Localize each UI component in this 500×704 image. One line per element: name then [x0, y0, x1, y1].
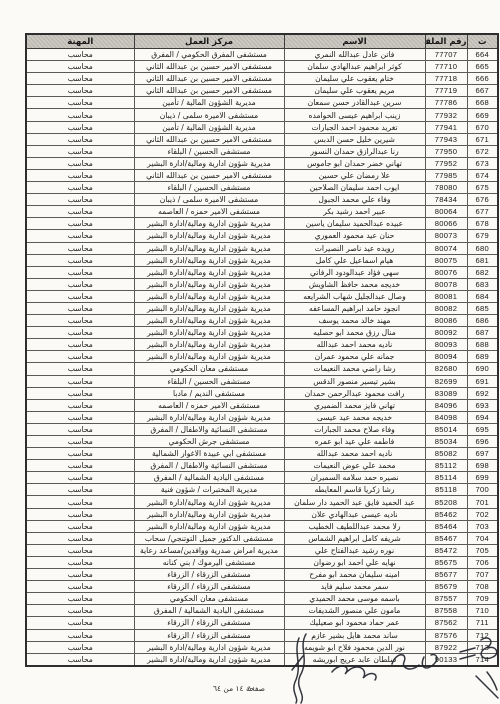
cell-work-center: مستشفى الزرقاء / الزرقاء — [134, 629, 284, 641]
cell-profession: محاسب — [26, 508, 134, 520]
cell-work-center: مستشفى النسائية والاطفال / المفرق — [134, 460, 284, 472]
cell-profession: محاسب — [26, 97, 134, 109]
table-row: 70485467شريفه كامل ابراهيم الشماسمستشفى … — [26, 532, 498, 544]
table-row: 68880093ناديه محمد احمد عبداللهمديرية شؤ… — [26, 339, 498, 351]
cell-seq: 665 — [467, 61, 498, 73]
cell-seq: 683 — [467, 278, 498, 290]
table-row: 69384096تهاني فايز محمد الضميريمستشفى ال… — [26, 399, 498, 411]
cell-name: رلا محمد عبداللطيف الخطيب — [284, 520, 425, 532]
table-row: 68080074رويده عيد ناصر النصيراتمديرية شؤ… — [26, 242, 498, 254]
table-row: 71087558مامون علي منصور الشديفاتمستشفى ا… — [26, 605, 498, 617]
cell-name: سمر محمد سليم فايد — [284, 581, 425, 593]
cell-name: عمر حماد محمود ابو صعيليك — [284, 617, 425, 629]
cell-file-number: 77932 — [425, 109, 467, 121]
cell-profession: محاسب — [26, 278, 134, 290]
cell-name: وفاء علي محمد الجبول — [284, 194, 425, 206]
cell-seq: 707 — [467, 569, 498, 581]
cell-seq: 672 — [467, 145, 498, 157]
cell-file-number: 87558 — [425, 605, 467, 617]
cell-seq: 701 — [467, 496, 498, 508]
cell-file-number: 80078 — [425, 278, 467, 290]
cell-name: ناديه احمد محمد عبدالله — [284, 448, 425, 460]
cell-work-center: مديرية شؤون ادارية ومالية/ادارة البشير — [134, 653, 284, 666]
cell-name: مريم يعقوب علي سليمان — [284, 85, 425, 97]
cell-seq: 687 — [467, 327, 498, 339]
cell-profession: محاسب — [26, 581, 134, 593]
cell-seq: 692 — [467, 387, 498, 399]
cell-work-center: مديرية امراض صدرية ووافدين/مساعد رعاية — [134, 544, 284, 556]
cell-file-number: 85467 — [425, 532, 467, 544]
cell-name: وصال عبدالجليل شهاب الشرايعه — [284, 290, 425, 302]
cell-file-number: 82680 — [425, 363, 467, 375]
cell-name: باسمه موسى محمد الحميدي — [284, 593, 425, 605]
cell-work-center: مديرية المختبرات / شؤون فنية — [134, 484, 284, 496]
cell-file-number: 77943 — [425, 133, 467, 145]
cell-seq: 698 — [467, 460, 498, 472]
cell-name: رشا زكريا قاسم المعايطه — [284, 484, 425, 496]
cell-profession: محاسب — [26, 266, 134, 278]
cell-file-number: 85082 — [425, 448, 467, 460]
cell-name: فاتن عادل عبدالله النمري — [284, 49, 425, 61]
cell-file-number: 78080 — [425, 182, 467, 194]
cell-work-center: مستشفى الدكتور جميل التوتنجي/ سحاب — [134, 532, 284, 544]
cell-name: ختام يعقوب علي سليمان — [284, 73, 425, 85]
cell-profession: محاسب — [26, 375, 134, 387]
cell-name: سرين عبدالقادر حسن سمعان — [284, 97, 425, 109]
header-name: الاسم — [284, 34, 425, 49]
cell-profession: محاسب — [26, 206, 134, 218]
cell-seq: 695 — [467, 423, 498, 435]
cell-name: ناديه عيسى عبدالهادي علان — [284, 508, 425, 520]
cell-file-number: 87557 — [425, 593, 467, 605]
cell-seq: 688 — [467, 339, 498, 351]
cell-file-number: 80093 — [425, 339, 467, 351]
cell-name: نهايه علي احمد ابو رضوان — [284, 556, 425, 568]
cell-seq: 710 — [467, 605, 498, 617]
staff-roster-table: ترقم الملفالاسممركز العملالمهنة 66477707… — [25, 33, 499, 667]
table-row: 66977932زينب ابراهيم عيسى الحوامدهمستشفى… — [26, 109, 498, 121]
cell-file-number: 84096 — [425, 399, 467, 411]
cell-work-center: مستشفى الامير حسين بن عبدالله الثاني — [134, 61, 284, 73]
cell-seq: 680 — [467, 242, 498, 254]
cell-name: نصيره حمد سلامه السميران — [284, 472, 425, 484]
cell-work-center: مستشفى جرش الحكومي — [134, 436, 284, 448]
cell-file-number: 85114 — [425, 472, 467, 484]
cell-work-center: مستشفى الامير حسين بن عبدالله الثاني — [134, 133, 284, 145]
cell-profession: محاسب — [26, 556, 134, 568]
cell-profession: محاسب — [26, 399, 134, 411]
cell-name: رشا راضي محمد النعيمات — [284, 363, 425, 375]
cell-profession: محاسب — [26, 242, 134, 254]
table-header-row: ترقم الملفالاسممركز العملالمهنة — [26, 34, 498, 49]
cell-seq: 705 — [467, 544, 498, 556]
cell-work-center: مستشفى اليرموك / بني كنانه — [134, 556, 284, 568]
cell-work-center: مديرية شؤون ادارية ومالية/ادارة البشير — [134, 278, 284, 290]
header-profession: المهنة — [26, 34, 134, 49]
cell-work-center: مديرية شؤون ادارية ومالية/ادارة البشير — [134, 218, 284, 230]
cell-name: عبير احمد رشيد بكر — [284, 206, 425, 218]
cell-profession: محاسب — [26, 109, 134, 121]
table-row: 67980073حنان عيد محمود العموريمديرية شؤو… — [26, 230, 498, 242]
cell-work-center: مديرية شؤون ادارية ومالية/ادارة البشير — [134, 315, 284, 327]
table-row: 67377952تهاني خضر حمدان ابو جاموسمديرية … — [26, 157, 498, 169]
cell-seq: 700 — [467, 484, 498, 496]
cell-work-center: مستشفى الزرقاء / الزرقاء — [134, 569, 284, 581]
table-row: 70085118رشا زكريا قاسم المعايطهمديرية ال… — [26, 484, 498, 496]
cell-seq: 686 — [467, 315, 498, 327]
cell-seq: 682 — [467, 266, 498, 278]
cell-file-number: 85118 — [425, 484, 467, 496]
cell-name: خديجه محمد حافظ الشاويش — [284, 278, 425, 290]
cell-file-number: 77985 — [425, 169, 467, 181]
table-row: 67477985علا رمضان علي حسينمستشفى الامير … — [26, 169, 498, 181]
cell-seq: 681 — [467, 254, 498, 266]
cell-profession: محاسب — [26, 569, 134, 581]
table-row: 67177943شيرين خليل حسن الدبسمستشفى الامي… — [26, 133, 498, 145]
cell-seq: 675 — [467, 182, 498, 194]
cell-file-number: 85472 — [425, 544, 467, 556]
table-row: 70885679سمر محمد سليم فايدمستشفى الزرقاء… — [26, 581, 498, 593]
table-row: 70385464رلا محمد عبداللطيف الخطيبمديرية … — [26, 520, 498, 532]
cell-seq: 689 — [467, 351, 498, 363]
cell-work-center: مديرية شؤون ادارية ومالية/ادارة البشير — [134, 411, 284, 423]
table-row: 67678434وفاء علي محمد الجبولمستشفى الامي… — [26, 194, 498, 206]
table-row: 68580082انجود حامد ابراهيم المساعفهمديري… — [26, 302, 498, 314]
cell-work-center: مستشفى الزرقاء / الزرقاء — [134, 581, 284, 593]
cell-work-center: مستشفى الحسين / البلقاء — [134, 375, 284, 387]
table-row: 69985114نصيره حمد سلامه السميرانمستشفى ا… — [26, 472, 498, 484]
table-row: 68180075هيام اسماعيل علي كاملمديرية شؤون… — [26, 254, 498, 266]
cell-name: انجود حامد ابراهيم المساعفه — [284, 302, 425, 314]
cell-profession: محاسب — [26, 121, 134, 133]
cell-file-number: 80064 — [425, 206, 467, 218]
cell-name: علا رمضان علي حسين — [284, 169, 425, 181]
cell-file-number: 77786 — [425, 97, 467, 109]
table-row: 68280076سهى فؤاد عبدالودود الرفاتيمديرية… — [26, 266, 498, 278]
cell-profession: محاسب — [26, 157, 134, 169]
cell-seq: 679 — [467, 230, 498, 242]
cell-name: حنان عيد محمود العموري — [284, 230, 425, 242]
cell-profession: محاسب — [26, 85, 134, 97]
cell-name: هيام اسماعيل علي كامل — [284, 254, 425, 266]
cell-name: مامون علي منصور الشديفات — [284, 605, 425, 617]
cell-work-center: مستشفى البادية الشمالية / المفرق — [134, 605, 284, 617]
cell-file-number: 85034 — [425, 436, 467, 448]
cell-profession: محاسب — [26, 436, 134, 448]
cell-work-center: مديرية شؤون ادارية ومالية/ادارة البشير — [134, 254, 284, 266]
cell-file-number: 80076 — [425, 266, 467, 278]
table-row: 70585472نوره رشيد عبدالفتاح عليمديرية ام… — [26, 544, 498, 556]
table-row: 66477707فاتن عادل عبدالله النمريمستشفى ا… — [26, 49, 498, 61]
cell-name: عبد الحميد فايق عبد الحميد دار سلمان — [284, 496, 425, 508]
cell-work-center: مستشفى الامير حمزه / العاصمه — [134, 399, 284, 411]
cell-seq: 664 — [467, 49, 498, 61]
cell-seq: 676 — [467, 194, 498, 206]
cell-work-center: مديرية شؤون ادارية ومالية/ادارة البشير — [134, 641, 284, 653]
cell-profession: محاسب — [26, 315, 134, 327]
cell-file-number: 85677 — [425, 569, 467, 581]
cell-seq: 697 — [467, 448, 498, 460]
cell-name: امينه سليمان محمد ابو مفرح — [284, 569, 425, 581]
cell-name: منال رزق محمد ابو حصليه — [284, 327, 425, 339]
cell-work-center: مستشفى الزرقاء / الزرقاء — [134, 617, 284, 629]
cell-profession: محاسب — [26, 254, 134, 266]
cell-seq: 674 — [467, 169, 498, 181]
cell-seq: 702 — [467, 508, 498, 520]
cell-profession: محاسب — [26, 448, 134, 460]
cell-profession: محاسب — [26, 593, 134, 605]
cell-work-center: مديرية شؤون ادارية ومالية/ادارة البشير — [134, 290, 284, 302]
cell-work-center: مستشفى النديم / مادبا — [134, 387, 284, 399]
table-row: 70285462ناديه عيسى عبدالهادي علانمديرية … — [26, 508, 498, 520]
cell-work-center: مستشفى البادية الشمالية / المفرق — [134, 472, 284, 484]
cell-work-center: مديرية الشؤون المالية / تأمين — [134, 121, 284, 133]
cell-file-number: 80092 — [425, 327, 467, 339]
table-row: 67780064عبير احمد رشيد بكرمستشفى الامير … — [26, 206, 498, 218]
table-row: 69785082ناديه احمد محمد عبداللهمستشفى اب… — [26, 448, 498, 460]
cell-file-number: 84098 — [425, 411, 467, 423]
cell-name: فاطمه علي عيد ابو عمره — [284, 436, 425, 448]
table-row: 69685034فاطمه علي عيد ابو عمرهمستشفى جرش… — [26, 436, 498, 448]
cell-seq: 693 — [467, 399, 498, 411]
cell-name: ايوب احمد سليمان الصلاحين — [284, 182, 425, 194]
cell-file-number: 77950 — [425, 145, 467, 157]
cell-profession: محاسب — [26, 49, 134, 61]
cell-profession: محاسب — [26, 653, 134, 666]
cell-file-number: 80086 — [425, 315, 467, 327]
table-row: 69283089رافت محمود عبدالرحمن حمدانمستشفى… — [26, 387, 498, 399]
table-row: 68480081وصال عبدالجليل شهاب الشرايعهمدير… — [26, 290, 498, 302]
cell-work-center: مستشفى الاميرة سلمى / ذيبان — [134, 109, 284, 121]
cell-name: نوره رشيد عبدالفتاح علي — [284, 544, 425, 556]
cell-work-center: مديرية شؤون ادارية ومالية/ادارة البشير — [134, 508, 284, 520]
cell-profession: محاسب — [26, 617, 134, 629]
header-seq: ت — [467, 34, 498, 49]
cell-profession: محاسب — [26, 145, 134, 157]
cell-profession: محاسب — [26, 532, 134, 544]
cell-seq: 690 — [467, 363, 498, 375]
cell-profession: محاسب — [26, 339, 134, 351]
cell-seq: 711 — [467, 617, 498, 629]
cell-work-center: مستشفى الامير حمزه / العاصمه — [134, 206, 284, 218]
cell-seq: 668 — [467, 97, 498, 109]
cell-name: ناديه محمد احمد عبدالله — [284, 339, 425, 351]
cell-file-number: 87562 — [425, 617, 467, 629]
cell-profession: محاسب — [26, 605, 134, 617]
cell-name: وفاء صلاح محمد الجبارات — [284, 423, 425, 435]
table-row: 70785677امينه سليمان محمد ابو مفرحمستشفى… — [26, 569, 498, 581]
table-row: 66877786سرين عبدالقادر حسن سمعانمديرية ا… — [26, 97, 498, 109]
cell-file-number: 85208 — [425, 496, 467, 508]
cell-work-center: مديرية شؤون ادارية ومالية/ادارة البشير — [134, 351, 284, 363]
table-row: 69082680رشا راضي محمد النعيماتمستشفى معا… — [26, 363, 498, 375]
cell-seq: 677 — [467, 206, 498, 218]
cell-profession: محاسب — [26, 423, 134, 435]
cell-seq: 685 — [467, 302, 498, 314]
table-row: 68980094جمانه علي محمود عمرانمديرية شؤون… — [26, 351, 498, 363]
cell-seq: 666 — [467, 73, 498, 85]
cell-name: خديجه محمد عيد عيسى — [284, 411, 425, 423]
table-row: 69484098خديجه محمد عيد عيسىمديرية شؤون ا… — [26, 411, 498, 423]
header-work-center: مركز العمل — [134, 34, 284, 49]
cell-profession: محاسب — [26, 133, 134, 145]
table-row: 69182699بشير تيسير منصور الدقسمستشفى الح… — [26, 375, 498, 387]
cell-work-center: مديرية الشؤون المالية / تأمين — [134, 97, 284, 109]
cell-profession: محاسب — [26, 387, 134, 399]
table-row: 70685675نهايه علي احمد ابو رضوانمستشفى ا… — [26, 556, 498, 568]
cell-profession: محاسب — [26, 629, 134, 641]
cell-seq: 673 — [467, 157, 498, 169]
table-row: 67578080ايوب احمد سليمان الصلاحينمستشفى … — [26, 182, 498, 194]
cell-name: شريفه كامل ابراهيم الشماس — [284, 532, 425, 544]
cell-work-center: مستشفى الحسين / البلقاء — [134, 145, 284, 157]
cell-name: رنا عبدالرازق حمدان النسور — [284, 145, 425, 157]
table-row: 68780092منال رزق محمد ابو حصليهمديرية شؤ… — [26, 327, 498, 339]
table-row: 70185208عبد الحميد فايق عبد الحميد دار س… — [26, 496, 498, 508]
cell-name: تهاني خضر حمدان ابو جاموس — [284, 157, 425, 169]
cell-profession: محاسب — [26, 302, 134, 314]
table-row: 66777719مريم يعقوب علي سليمانمستشفى الام… — [26, 85, 498, 97]
cell-profession: محاسب — [26, 544, 134, 556]
cell-work-center: مستشفى الامير حسين بن عبدالله الثاني — [134, 73, 284, 85]
cell-work-center: مستشفى معان الحكومي — [134, 593, 284, 605]
cell-name: زينب ابراهيم عيسى الحوامده — [284, 109, 425, 121]
table-row: 68680086مهند خالد محمد يوسفمديرية شؤون ا… — [26, 315, 498, 327]
cell-work-center: مستشفى النسائية والاطفال / المفرق — [134, 423, 284, 435]
cell-work-center: مستشفى المفرق الحكومي / المفرق — [134, 49, 284, 61]
cell-file-number: 77710 — [425, 61, 467, 73]
cell-profession: محاسب — [26, 641, 134, 653]
cell-file-number: 80081 — [425, 290, 467, 302]
table-row: 67277950رنا عبدالرازق حمدان النسورمستشفى… — [26, 145, 498, 157]
cell-profession: محاسب — [26, 290, 134, 302]
cell-file-number: 77941 — [425, 121, 467, 133]
cell-name: رافت محمود عبدالرحمن حمدان — [284, 387, 425, 399]
cell-seq: 678 — [467, 218, 498, 230]
table-row: 69585014وفاء صلاح محمد الجباراتمستشفى ال… — [26, 423, 498, 435]
cell-file-number: 80073 — [425, 230, 467, 242]
table-row: 68380078خديجه محمد حافظ الشاويشمديرية شؤ… — [26, 278, 498, 290]
cell-profession: محاسب — [26, 351, 134, 363]
cell-profession: محاسب — [26, 520, 134, 532]
cell-name: محمد علي عوض النعيمات — [284, 460, 425, 472]
cell-seq: 694 — [467, 411, 498, 423]
cell-work-center: مديرية شؤون ادارية ومالية/ادارة البشير — [134, 496, 284, 508]
cell-file-number: 80075 — [425, 254, 467, 266]
table-row: 66677718ختام يعقوب علي سليمانمستشفى الام… — [26, 73, 498, 85]
cell-profession: محاسب — [26, 230, 134, 242]
cell-file-number: 80082 — [425, 302, 467, 314]
table-row: 67880066عبيده عبدالحميد سليمان ياسينمدير… — [26, 218, 498, 230]
cell-work-center: مستشفى معان الحكومي — [134, 363, 284, 375]
cell-work-center: مديرية شؤون ادارية ومالية/ادارة البشير — [134, 242, 284, 254]
cell-file-number: 77719 — [425, 85, 467, 97]
cell-seq: 699 — [467, 472, 498, 484]
cell-profession: محاسب — [26, 460, 134, 472]
cell-profession: محاسب — [26, 169, 134, 181]
cell-seq: 669 — [467, 109, 498, 121]
signature-ink — [268, 632, 500, 704]
cell-seq: 704 — [467, 532, 498, 544]
cell-seq: 706 — [467, 556, 498, 568]
cell-work-center: مديرية شؤون ادارية ومالية/ادارة البشير — [134, 327, 284, 339]
table-row: 71187562عمر حماد محمود ابو صعيليكمستشفى … — [26, 617, 498, 629]
cell-file-number: 85112 — [425, 460, 467, 472]
cell-seq: 691 — [467, 375, 498, 387]
cell-file-number: 83089 — [425, 387, 467, 399]
cell-profession: محاسب — [26, 363, 134, 375]
cell-name: تغريد محمود احمد الجبارات — [284, 121, 425, 133]
cell-file-number: 85464 — [425, 520, 467, 532]
cell-file-number: 80066 — [425, 218, 467, 230]
cell-seq: 703 — [467, 520, 498, 532]
table-row: 69885112محمد علي عوض النعيماتمستشفى النس… — [26, 460, 498, 472]
cell-seq: 671 — [467, 133, 498, 145]
cell-work-center: مديرية شؤون ادارية ومالية/ادارة البشير — [134, 520, 284, 532]
cell-file-number: 78434 — [425, 194, 467, 206]
cell-work-center: مستشفى الحسين / البلقاء — [134, 182, 284, 194]
cell-file-number: 77707 — [425, 49, 467, 61]
cell-profession: محاسب — [26, 496, 134, 508]
cell-profession: محاسب — [26, 327, 134, 339]
cell-profession: محاسب — [26, 472, 134, 484]
cell-seq: 708 — [467, 581, 498, 593]
cell-seq: 670 — [467, 121, 498, 133]
cell-profession: محاسب — [26, 182, 134, 194]
cell-file-number: 77952 — [425, 157, 467, 169]
cell-file-number: 80094 — [425, 351, 467, 363]
cell-profession: محاسب — [26, 73, 134, 85]
cell-profession: محاسب — [26, 411, 134, 423]
table-row: 66577710كوثر ابراهيم عبدالهادي سلمانمستش… — [26, 61, 498, 73]
cell-work-center: مديرية شؤون ادارية ومالية/ادارة البشير — [134, 230, 284, 242]
cell-work-center: مستشفى الاميرة سلمى / ذيبان — [134, 194, 284, 206]
cell-profession: محاسب — [26, 61, 134, 73]
header-file-number: رقم الملف — [425, 34, 467, 49]
cell-file-number: 80074 — [425, 242, 467, 254]
cell-work-center: مستشفى الامير حسين بن عبدالله الثاني — [134, 85, 284, 97]
cell-profession: محاسب — [26, 218, 134, 230]
cell-name: عبيده عبدالحميد سليمان ياسين — [284, 218, 425, 230]
cell-file-number: 77718 — [425, 73, 467, 85]
cell-name: تهاني فايز محمد الضميري — [284, 399, 425, 411]
cell-name: رويده عيد ناصر النصيرات — [284, 242, 425, 254]
cell-seq: 696 — [467, 436, 498, 448]
cell-name: سهى فؤاد عبدالودود الرفاتي — [284, 266, 425, 278]
cell-file-number: 85675 — [425, 556, 467, 568]
cell-work-center: مديرية شؤون ادارية ومالية/ادارة البشير — [134, 302, 284, 314]
cell-work-center: مديرية شؤون ادارية ومالية/ادارة البشير — [134, 157, 284, 169]
cell-file-number: 85014 — [425, 423, 467, 435]
cell-file-number: 85679 — [425, 581, 467, 593]
cell-name: مهند خالد محمد يوسف — [284, 315, 425, 327]
cell-profession: محاسب — [26, 194, 134, 206]
cell-work-center: مستشفى الامير حسين بن عبدالله الثاني — [134, 169, 284, 181]
cell-profession: محاسب — [26, 484, 134, 496]
cell-work-center: مستشفى ابي عبيدة الاغوار الشمالية — [134, 448, 284, 460]
cell-name: كوثر ابراهيم عبدالهادي سلمان — [284, 61, 425, 73]
cell-name: جمانه علي محمود عمران — [284, 351, 425, 363]
cell-file-number: 85462 — [425, 508, 467, 520]
table-row: 70987557باسمه موسى محمد الحميديمستشفى مع… — [26, 593, 498, 605]
cell-name: بشير تيسير منصور الدقس — [284, 375, 425, 387]
cell-seq: 684 — [467, 290, 498, 302]
cell-work-center: مديرية شؤون ادارية ومالية/ادارة البشير — [134, 266, 284, 278]
scanned-document-page: ترقم الملفالاسممركز العملالمهنة 66477707… — [0, 0, 500, 704]
cell-seq: 709 — [467, 593, 498, 605]
cell-name: شيرين خليل حسن الدبس — [284, 133, 425, 145]
cell-work-center: مديرية شؤون ادارية ومالية/ادارة البشير — [134, 339, 284, 351]
